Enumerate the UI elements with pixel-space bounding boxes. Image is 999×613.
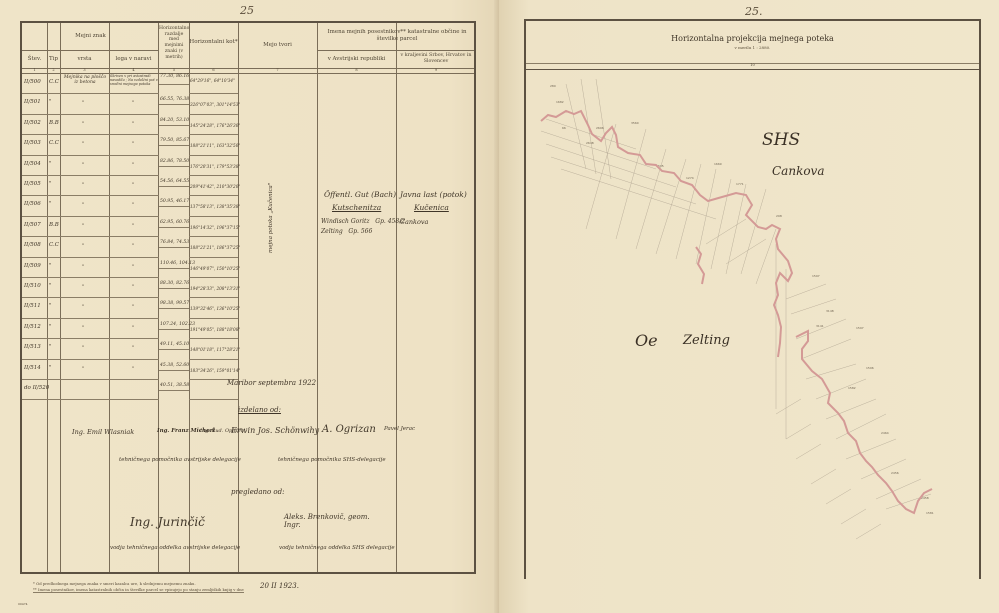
distance-divider [159,125,189,126]
mark-kind: " [82,202,84,208]
row-divider [22,195,159,196]
place-date: Maribor septembra 1922 [227,379,316,387]
angle-value: 191°49'05", 188°18'08" [190,327,240,332]
mark-number: II/511 [24,303,41,309]
reviewed-by-label: pregledano od: [231,488,285,496]
distance-value: 49.11, 45.10 [160,342,189,347]
svg-text:2464: 2464 [881,431,889,435]
row-divider [22,216,159,217]
angle-divider [189,175,238,176]
mark-number: do II/520 [24,385,49,391]
distance-value: 77.30, 86.16 [160,74,189,79]
map-label-oe: Oe [635,331,658,350]
header-col-1: Štev. [22,56,47,63]
header-col-5: Horizontalno razdalje med mejnimi znaki … [159,26,189,60]
map-label-zelting: Zelting [683,333,730,348]
distance-value: 45.38, 52.60 [160,363,189,368]
mark-kind: " [82,243,84,249]
distance-divider [159,329,189,330]
col-number: 2 [47,68,60,72]
angle-value: 145°24'28", 176°26'30" [190,123,240,128]
header-owners: Imena mejnih posestnikov** katastralne o… [317,29,477,43]
mark-kind: " [82,366,84,372]
mark-kind: " [82,284,84,290]
executed-by-label: izdelano od: [238,406,281,414]
distance-divider [159,186,189,187]
distance-value: 88.30, 82.76 [160,281,189,286]
mark-number: II/501 [24,99,41,105]
angle-divider [189,318,238,319]
mark-kind: " [82,345,84,351]
svg-text:1274: 1274 [686,176,694,180]
distance-value: 54.56, 64.55 [160,179,189,184]
mark-kind: " [82,141,84,147]
distance-divider [159,390,189,391]
angle-value: 176°20'31", 179°53'38" [190,164,240,169]
row-divider [22,297,159,298]
footnote-2: ** Imena posestnikov, imena katastralnih… [33,587,244,593]
header-col-7: Mejo tvori [238,42,317,49]
mark-number: II/510 [24,283,41,289]
mark-number: II/505 [24,181,41,187]
map-label-cankova: Cankova [772,164,825,178]
mark-number: II/506 [24,201,41,207]
map-frame: Horizontalna projekcija mejnega poteka v… [524,19,981,579]
col-number: 9 [396,68,476,72]
mark-location: " [132,366,134,372]
map-title: Horizontalna projekcija mejnega poteka [526,34,979,43]
role-shs-head: vodja tehničnega oddelka SHS delegacije [279,545,395,551]
mark-number: II/512 [24,324,41,330]
distance-divider [159,84,189,85]
boundary-map: 280168266 264826963560 163512741669 1771… [526,69,981,579]
boundary-marks-table: Mejni znak Štev. Tip vrsta lega v naravi… [20,21,476,574]
col-divider [396,23,397,572]
right-page: 25. Horizontalna projekcija mejnega pote… [499,0,999,613]
angle-divider [189,359,238,360]
owner-austria-3: Windisch Goritz Gp. 458/2 [321,218,405,225]
role-austrian-head: vodja tehničnega oddelka avstrijske dele… [110,545,240,551]
angle-value: 188°21'21", 186°37'25" [190,245,240,250]
signature: Ing. Emil Wlasniak [72,428,134,436]
distance-divider [159,247,189,248]
left-page-number: 25 [240,4,254,17]
distance-value: 66.55, 76.38 [160,97,189,102]
distance-divider [159,227,189,228]
right-page-number: 25. [745,5,763,18]
mark-location: " [132,284,134,290]
distance-divider [159,145,189,146]
mark-number: II/507 [24,222,41,228]
mark-location: " [132,325,134,331]
owner-austria-4: Zelting Gp. 566 [321,228,372,235]
distance-divider [159,288,189,289]
owner-austria-2: Kutschenitza [332,203,381,212]
signature-reviewer-shs: Aleks. Brenkovič, geom. Ingr. [284,513,384,529]
svg-text:1771: 1771 [736,182,744,186]
header-col-2: Tip [47,56,60,63]
angle-divider [189,134,238,135]
mark-type: " [49,181,52,187]
col-divider [317,23,318,572]
header-divider [317,50,474,51]
mark-number: II/500 [24,79,41,85]
owner-shs-1: Javna last (potok) [400,190,467,199]
mark-location: " [132,345,134,351]
role-austrian-technical: tehničnega pomočnika avstrijske delegaci… [119,457,241,463]
col-number: 6 [189,68,238,72]
svg-text:1597: 1597 [812,274,820,278]
corner-mark: 00474 [18,602,28,606]
col-number: 7 [238,68,317,72]
row-divider [22,338,159,339]
mark-type: " [49,201,52,207]
owner-shs-3: Cankova [400,218,428,226]
mark-number: II/509 [24,263,41,269]
mark-type: " [49,161,52,167]
mark-type: B.B [49,222,59,228]
mark-type: " [49,283,52,289]
footnote-date: 20 II 1923. [260,582,299,590]
distance-value: 76.84, 74.53 [160,240,189,245]
role-shs-technical: tehničnega pomočnika SHS-delegacije [278,457,386,463]
angle-value: 209°41'42", 210°30'20" [190,184,240,189]
distance-value: 84.20, 53.10 [160,118,189,123]
svg-text:1596: 1596 [866,366,874,370]
owner-austria-1: Öffentl. Gut (Bach) [324,190,396,199]
mark-location: " [132,304,134,310]
angle-value: 183°34'26", 159°01'14" [190,368,240,373]
row-divider [22,175,159,176]
angle-value: 196°14'32", 196°37'15" [190,225,240,230]
angle-divider [189,93,238,94]
svg-text:1597: 1597 [856,326,864,330]
mark-kind: " [82,100,84,106]
row-divider [22,379,159,380]
mark-number: II/513 [24,344,41,350]
angle-divider [189,155,238,156]
angle-value: 326°07'03", 301°14'53" [190,102,240,107]
mark-type: " [49,344,52,350]
row-divider [22,134,159,135]
distance-value: 50.95, 46.17 [160,199,189,204]
angle-value: 139°32'46", 136°10'25" [190,306,240,311]
mark-number: II/508 [24,242,41,248]
mark-location: Skriven v pri avtostradi navodilu ; Na v… [110,74,158,86]
col-number: 8 [317,68,396,72]
mark-type: " [49,263,52,269]
row-divider [22,93,159,94]
distance-divider [159,308,189,309]
signature: Erwin Jos. Schönwihy [231,426,319,435]
angle-value: 64°29'16", 64°10'34" [190,78,235,83]
angle-divider [189,114,238,115]
row-divider [22,155,159,156]
row-divider [22,114,159,115]
left-page: 25 Mejni znak Štev. Tip vrsta lega v nar… [0,0,499,613]
mark-type: " [49,365,52,371]
distance-value: 40.51, 38.58 [160,383,189,388]
col-number: 3 [60,68,109,72]
mark-kind: " [82,121,84,127]
map-label-shs: SHS [762,130,800,150]
distance-value: 62.95, 60.76 [160,220,189,225]
col-number: 4 [109,68,158,72]
mark-location: " [132,243,134,249]
boundary-formed-by: mejna potoka „Kučenica" [268,183,274,253]
mark-kind: " [82,162,84,168]
svg-text:66: 66 [562,126,566,130]
svg-text:1682: 1682 [556,100,564,104]
mark-location: " [132,182,134,188]
angle-divider [189,338,238,339]
mark-location: " [132,141,134,147]
row-divider [22,399,159,400]
mark-location: " [132,162,134,168]
angle-divider [189,236,238,237]
mark-type: C.C [49,79,59,85]
row-divider [22,277,159,278]
mark-kind: " [82,264,84,270]
mark-type: C.C [49,242,59,248]
signature: Pavel Jerac [384,426,415,432]
svg-text:298: 298 [776,214,782,218]
footnote-1: * Od predhodnega mejnega znaka v smeri k… [33,581,196,586]
header-divider [22,50,159,51]
svg-text:3560: 3560 [631,121,639,125]
row-divider [22,318,159,319]
mark-kind: Mejnika na ploščo iz betona [62,75,108,85]
row-divider [22,359,159,360]
svg-text:1669: 1669 [714,162,722,166]
mark-type: " [49,324,52,330]
mark-number: II/503 [24,140,41,146]
angle-divider [189,216,238,217]
distance-divider [159,166,189,167]
svg-text:3141: 3141 [816,324,824,328]
header-col-6: Horizontalni kot* [189,39,238,46]
distance-divider [159,268,189,269]
distance-value: 98.38, 99.57 [160,301,189,306]
svg-text:280: 280 [550,84,556,88]
mark-type: C.C [49,140,59,146]
mark-kind: " [82,223,84,229]
angle-value: 146°49'07", 150°10'25" [190,266,240,271]
svg-text:2696: 2696 [596,126,604,130]
col-number: 1 [22,68,47,72]
mark-location: " [132,121,134,127]
header-col-9: v kraljevini Srbov, Hrvatov in Slovencev [396,53,476,65]
angle-value: 194°28'33", 208°13'31" [190,286,240,291]
header-divider [22,73,474,74]
angle-value: 137°58'13", 138°35'38" [190,204,240,209]
svg-text:1581: 1581 [926,511,934,515]
header-col-4: lega v naravi [109,56,158,63]
svg-text:2456: 2456 [891,471,899,475]
distance-divider [159,349,189,350]
mark-number: II/504 [24,161,41,167]
mark-type: " [49,99,52,105]
angle-divider [189,399,238,400]
map-scale: v merilu 1 : 2880. [526,45,979,50]
angle-value: 188°21'11", 163°32'50" [190,143,240,148]
svg-text:1582: 1582 [848,386,856,390]
mark-type: B.B [49,120,59,126]
mark-location: " [132,223,134,229]
mark-location: " [132,100,134,106]
angle-divider [189,257,238,258]
angle-divider [189,277,238,278]
header-col-3: vrsta [60,56,109,63]
angle-divider [189,297,238,298]
mark-kind: " [82,304,84,310]
mark-type: " [49,303,52,309]
distance-divider [159,104,189,105]
header-col-8: v Avstrijski republiki [317,56,396,63]
owner-shs-2: Kučenica [414,203,449,212]
distance-value: 79.50, 85.67 [160,138,189,143]
mark-location: " [132,202,134,208]
distance-divider [159,206,189,207]
angle-value: 148°01'18", 117°28'21" [190,347,240,352]
angle-divider [189,195,238,196]
svg-text:2648: 2648 [586,141,594,145]
distance-divider [159,370,189,371]
signature: A. Ogrizan [322,424,376,435]
col-number: 5 [159,68,189,72]
mark-kind: " [82,182,84,188]
header-mejni-znak: Mejni znak [22,33,159,40]
row-divider [22,257,159,258]
distance-value: 82.86, 78.50 [160,159,189,164]
mark-number: II/514 [24,365,41,371]
signature-reviewer-austria: Ing. Jurinčič [130,515,205,529]
mark-location: " [132,264,134,270]
mark-kind: " [82,325,84,331]
row-divider [22,236,159,237]
mark-number: II/502 [24,120,41,126]
svg-text:3148: 3148 [826,309,834,313]
col-number: 10 [526,63,979,67]
